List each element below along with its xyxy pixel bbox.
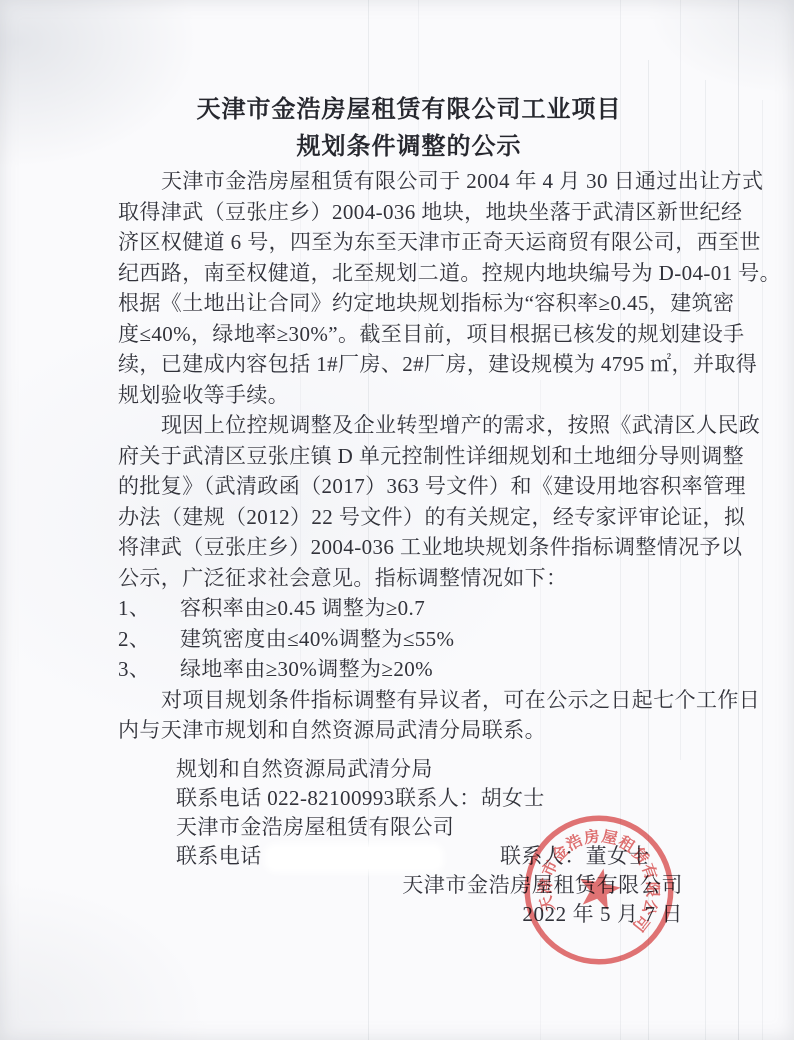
body-line: 取得津武（豆张庄乡）2004-036 地块，地块坐落于武清区新世纪经 xyxy=(118,197,700,228)
body-line: 济区权健道 6 号，四至为东至天津市正奇天运商贸有限公司，西至世 xyxy=(118,227,700,258)
body-line: 内与天津市规划和自然资源局武清分局联系。 xyxy=(118,715,700,746)
body-line: 根据《土地出让合同》约定地块规划指标为“容积率≥0.45，建筑密 xyxy=(118,288,700,319)
company-contact-line: 联系电话联系人：董女士 xyxy=(176,842,700,871)
body-line: 现因上位控规调整及企业转型增产的需求，按照《武清区人民政 xyxy=(118,410,700,441)
body-line: 将津武（豆张庄乡）2004-036 工业地块规划条件指标调整情况予以 xyxy=(118,532,700,563)
body-line: 办法（建规（2012）22 号文件）的有关规定，经专家评审论证，拟 xyxy=(118,502,700,533)
item-text: 建筑密度由≤40%调整为≤55% xyxy=(180,624,700,655)
scanned-document-page: 天津市金浩房屋租赁有限公司工业项目 规划条件调整的公示 天津市金浩房屋租赁有限公… xyxy=(0,0,794,1040)
document-title-line1: 天津市金浩房屋租赁有限公司工业项目 xyxy=(118,92,700,129)
redacted-phone-number xyxy=(268,847,440,869)
body-line: 公示，广泛征求社会意见。指标调整情况如下： xyxy=(118,563,700,594)
adjustment-item: 3、 绿地率由≥30%调整为≥20% xyxy=(118,654,700,685)
document-title-line2: 规划条件调整的公示 xyxy=(118,129,700,166)
body-line: 纪西路，南至权健道，北至规划二道。控规内地块编号为 D-04-01 号。 xyxy=(118,258,700,289)
company-phone-label: 联系电话 xyxy=(176,842,268,871)
body-line: 规划验收等手续。 xyxy=(118,380,700,411)
notice-document: 天津市金浩房屋租赁有限公司工业项目 规划条件调整的公示 天津市金浩房屋租赁有限公… xyxy=(0,0,794,929)
item-text: 容积率由≥0.45 调整为≥0.7 xyxy=(180,593,700,624)
adjustment-list: 1、 容积率由≥0.45 调整为≥0.7 2、 建筑密度由≤40%调整为≤55%… xyxy=(118,593,700,685)
contact-block: 规划和自然资源局武清分局 联系电话 022-82100993联系人：胡女士 天津… xyxy=(176,755,700,871)
paragraph-objection-notice: 对项目规划条件指标调整有异议者，可在公示之日起七个工作日 内与天津市规划和自然资… xyxy=(118,685,700,746)
signature-company: 天津市金浩房屋租赁有限公司 xyxy=(118,871,683,900)
item-number: 1、 xyxy=(118,593,180,624)
adjustment-item: 1、 容积率由≥0.45 调整为≥0.7 xyxy=(118,593,700,624)
body-line: 度≤40%，绿地率≥30%”。截至目前，项目根据已核发的规划建设手 xyxy=(118,319,700,350)
bureau-name: 规划和自然资源局武清分局 xyxy=(176,755,700,784)
company-name: 天津市金浩房屋租赁有限公司 xyxy=(176,813,700,842)
adjustment-item: 2、 建筑密度由≤40%调整为≤55% xyxy=(118,624,700,655)
body-line: 天津市金浩房屋租赁有限公司于 2004 年 4 月 30 日通过出让方式 xyxy=(118,166,700,197)
body-line: 的批复》（武清政函（2017）363 号文件）和《建设用地容积率管理 xyxy=(118,471,700,502)
item-number: 2、 xyxy=(118,624,180,655)
company-person: 联系人：董女士 xyxy=(500,844,650,868)
body-line: 府关于武清区豆张庄镇 D 单元控制性详细规划和土地细分导则调整 xyxy=(118,441,700,472)
item-text: 绿地率由≥30%调整为≥20% xyxy=(180,654,700,685)
bureau-contact-line: 联系电话 022-82100993联系人：胡女士 xyxy=(176,784,700,813)
paragraph-adjustment-basis: 现因上位控规调整及企业转型增产的需求，按照《武清区人民政 府关于武清区豆张庄镇 … xyxy=(118,410,700,593)
signature-date: 2022 年 5 月 7 日 xyxy=(118,900,683,929)
body-line: 续，已建成内容包括 1#厂房、2#厂房，建设规模为 4795 ㎡，并取得 xyxy=(118,349,700,380)
bureau-phone: 联系电话 022-82100993 xyxy=(176,784,395,813)
body-line: 对项目规划条件指标调整有异议者，可在公示之日起七个工作日 xyxy=(118,685,700,716)
signature-block: 天津市金浩房屋租赁有限公司 2022 年 5 月 7 日 xyxy=(118,871,700,929)
bureau-person: 联系人：胡女士 xyxy=(395,786,545,810)
paragraph-land-acquisition: 天津市金浩房屋租赁有限公司于 2004 年 4 月 30 日通过出让方式 取得津… xyxy=(118,166,700,410)
item-number: 3、 xyxy=(118,654,180,685)
